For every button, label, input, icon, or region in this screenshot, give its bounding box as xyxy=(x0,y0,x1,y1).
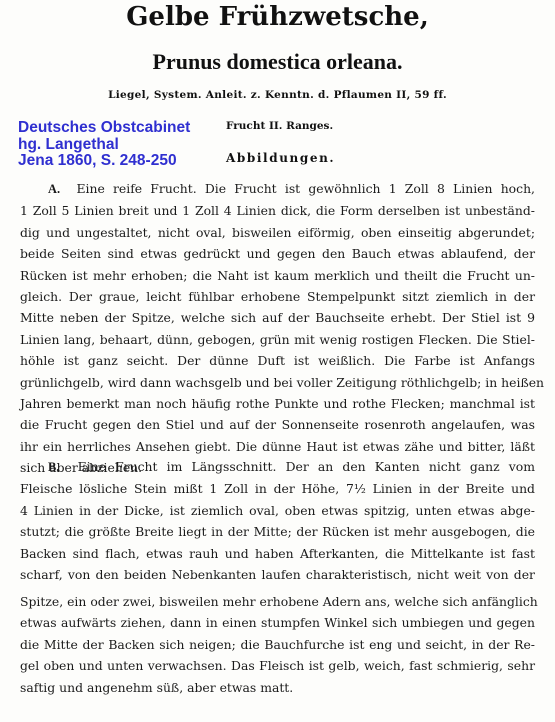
text-line: scharf, von den beiden Nebenkanten laufe… xyxy=(20,564,535,585)
text-line: die Frucht gegen den Stiel und auf der S… xyxy=(20,414,535,435)
text-line: stutzt; die größte Breite liegt in der M… xyxy=(20,521,535,542)
source-note-line: Deutsches Obstcabinet xyxy=(18,120,190,137)
page-title: Gelbe Frühzwetsche, xyxy=(0,2,555,32)
text-line: Linien lang, behaart, dünn, gebogen, grü… xyxy=(20,329,535,350)
text-line: gel oben und unten verwachsen. Das Fleis… xyxy=(20,655,535,676)
section-label: B. xyxy=(48,460,59,474)
fruit-rank: Frucht II. Ranges. xyxy=(226,120,333,132)
text-line: gleich. Der graue, leicht fühlbar erhobe… xyxy=(20,286,535,307)
source-note-line: Jena 1860, S. 248-250 xyxy=(18,153,190,170)
text-line: die Mitte der Backen sich neigen; die Ba… xyxy=(20,634,535,655)
text-line: höhle ist ganz seicht. Der dünne Duft is… xyxy=(20,350,535,371)
section-b: B. Eine Frucht im Längsschnitt. Der an d… xyxy=(20,456,535,585)
text-line: Jahren bemerkt man noch häufig rothe Pun… xyxy=(20,393,535,414)
figures-heading: Abbildungen. xyxy=(226,151,335,165)
text-line: saftig und angenehm süß, aber etwas matt… xyxy=(20,677,535,698)
section-b-continuation: Spitze, ein oder zwei, bisweilen mehr er… xyxy=(20,591,535,698)
text-line: B. Eine Frucht im Längsschnitt. Der an d… xyxy=(20,456,535,478)
text-line: 4 Linien in der Dicke, ist ziemlich oval… xyxy=(20,500,535,521)
text-line: Rücken ist mehr erhoben; die Naht ist ka… xyxy=(20,265,535,286)
section-label: A. xyxy=(48,182,60,196)
botanical-name: Prunus domestica orleana. xyxy=(0,49,555,75)
text-line: beide Seiten sind etwas gedrückt und geg… xyxy=(20,243,535,264)
text-line: grünlichgelb, wird dann wachsgelb und be… xyxy=(20,372,535,393)
text-line: 1 Zoll 5 Linien breit und 1 Zoll 4 Linie… xyxy=(20,200,535,221)
text-line: Fleische lösliche Stein mißt 1 Zoll in d… xyxy=(20,478,535,499)
text-line: etwas aufwärts ziehen, dann in einen stu… xyxy=(20,612,535,633)
section-a: A. Eine reife Frucht. Die Frucht ist gew… xyxy=(20,178,535,479)
text-line: dig und ungestaltet, nicht oval, bisweil… xyxy=(20,222,535,243)
source-note: Deutsches Obstcabinet hg. Langethal Jena… xyxy=(18,120,190,170)
literature-reference: Liegel, System. Anleit. z. Kenntn. d. Pf… xyxy=(0,89,555,101)
text-line: Backen sind flach, etwas rauh und haben … xyxy=(20,543,535,564)
text-line: ihr ein herrliches Ansehen giebt. Die dü… xyxy=(20,436,535,457)
text-line: Mitte neben der Spitze, welche sich auf … xyxy=(20,307,535,328)
text-line: Spitze, ein oder zwei, bisweilen mehr er… xyxy=(20,591,535,612)
source-note-line: hg. Langethal xyxy=(18,137,190,154)
text-line: A. Eine reife Frucht. Die Frucht ist gew… xyxy=(20,178,535,200)
